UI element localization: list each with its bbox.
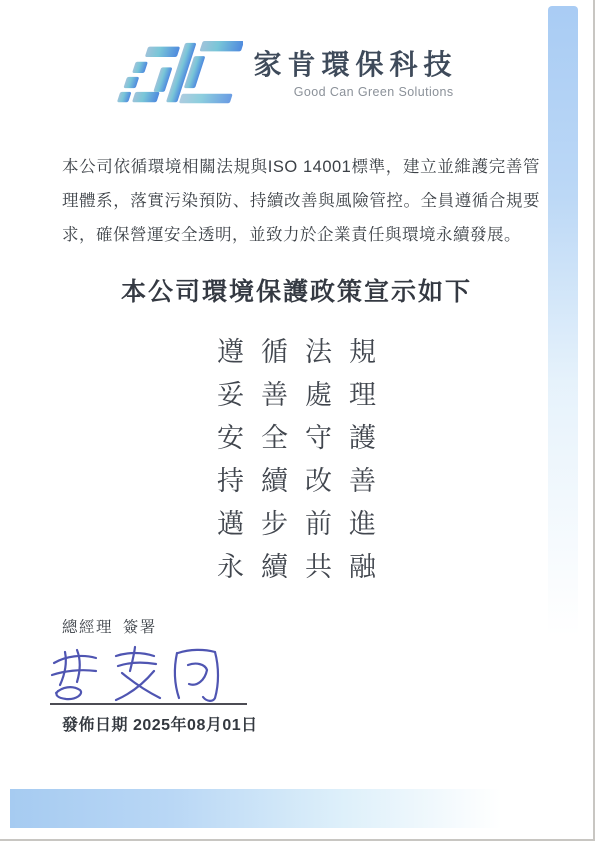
policy-line: 持續改善 xyxy=(0,460,593,503)
release-date: 發佈日期 2025年08月01日 xyxy=(62,712,258,735)
signature-rule xyxy=(50,703,247,705)
gic-monogram-icon xyxy=(111,36,243,112)
company-tagline: Good Can Green Solutions xyxy=(294,85,454,99)
policy-line: 安全守護 xyxy=(0,417,593,460)
policy-heading: 本公司環境保護政策宣示如下 xyxy=(0,272,593,308)
policy-line: 永續共融 xyxy=(0,546,593,589)
policy-line: 妥善處理 xyxy=(0,374,593,417)
policy-line: 邁步前進 xyxy=(0,503,593,546)
company-logo: 家肯環保科技 Good Can Green Solutions xyxy=(0,36,581,112)
company-name: 家肯環保科技 xyxy=(253,49,457,81)
handwritten-signature-icon xyxy=(46,643,251,707)
policy-statement-list: 遵循法規 妥善處理 安全守護 持續改善 邁步前進 永續共融 xyxy=(0,331,593,589)
policy-document-page: 家肯環保科技 Good Can Green Solutions 本公司依循環境相… xyxy=(0,0,595,841)
logo-text-block: 家肯環保科技 Good Can Green Solutions xyxy=(253,49,457,98)
bottom-accent-band xyxy=(10,789,588,828)
policy-line: 遵循法規 xyxy=(0,331,593,374)
signer-label: 總經理 簽署 xyxy=(62,615,157,637)
intro-paragraph: 本公司依循環境相關法規與ISO 14001標準，建立並維護完善管理體系，落實污染… xyxy=(62,150,540,252)
